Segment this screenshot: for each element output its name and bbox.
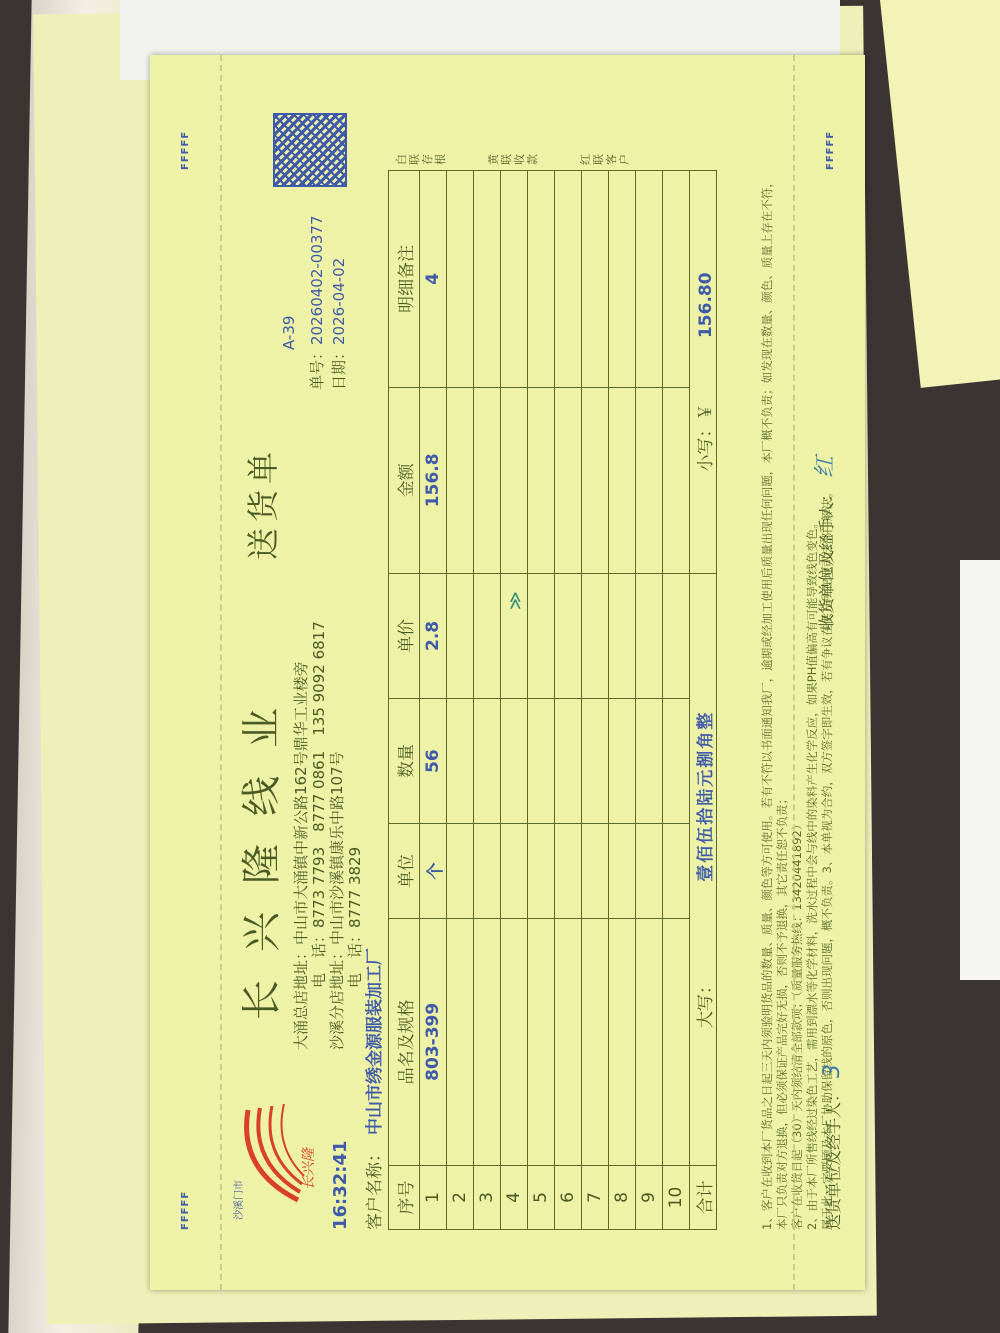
cell-note bbox=[663, 171, 690, 388]
table-row: 2 bbox=[447, 171, 474, 1230]
cell-amount bbox=[636, 387, 663, 573]
cell-unit bbox=[609, 824, 636, 919]
cell-amount bbox=[555, 387, 582, 573]
table-row: 4 bbox=[501, 171, 528, 1230]
header-name-spec: 品名及规格 bbox=[389, 918, 420, 1165]
customer-value: 中山市绣金源服装加工厂 bbox=[365, 948, 385, 1135]
small-value: 156.80 bbox=[696, 272, 716, 338]
cell-amount bbox=[474, 387, 501, 573]
cell-note bbox=[636, 171, 663, 388]
cell-note bbox=[501, 171, 528, 388]
cell-price bbox=[447, 573, 474, 698]
cell-name bbox=[501, 918, 528, 1165]
print-time: 16:32:41 bbox=[330, 1140, 351, 1230]
total-label: 合计 bbox=[690, 1165, 717, 1229]
margin-stamp: FFFFF bbox=[825, 131, 836, 170]
doc-no-label: 单号： bbox=[308, 345, 326, 390]
cell-qty: 56 bbox=[420, 699, 447, 824]
header-notes: 明细备注 bbox=[389, 171, 420, 388]
document-header: 沙溪门市 长兴隆 16:32:41 长兴隆线业 送货单 大涌总店地址：中山市大涌… bbox=[220, 95, 360, 1250]
cell-name bbox=[609, 918, 636, 1165]
logo-brand-text: 长兴隆 bbox=[298, 1148, 318, 1190]
cell-note bbox=[609, 171, 636, 388]
header-unit: 单位 bbox=[389, 824, 420, 919]
total-in-figures: 小写：￥ 156.80 bbox=[690, 171, 717, 574]
cell-amount bbox=[582, 387, 609, 573]
cell-no: 10 bbox=[663, 1165, 690, 1229]
cell-amount bbox=[501, 387, 528, 573]
cell-price bbox=[555, 573, 582, 698]
customer-field: 客户名称：中山市绣金源服装加工厂 bbox=[360, 948, 385, 1230]
cell-amount bbox=[609, 387, 636, 573]
words-label: 大写： bbox=[696, 977, 716, 1028]
cell-note bbox=[555, 171, 582, 388]
cell-price: 2.8 bbox=[420, 573, 447, 698]
cell-amount bbox=[663, 387, 690, 573]
adjacent-paper-edge bbox=[960, 560, 1000, 980]
cell-note bbox=[582, 171, 609, 388]
cell-name bbox=[474, 918, 501, 1165]
header-quantity: 数量 bbox=[389, 699, 420, 824]
customer-label: 客户名称： bbox=[365, 1145, 385, 1230]
document-title: 送货单 bbox=[238, 446, 284, 560]
perforated-strip-top: FFFFF FFFFF bbox=[150, 55, 222, 1290]
cell-price bbox=[474, 573, 501, 698]
cell-name bbox=[447, 918, 474, 1165]
cell-no: 2 bbox=[447, 1165, 474, 1229]
cell-qty bbox=[555, 699, 582, 824]
margin-stamp: FFFFF bbox=[180, 131, 191, 170]
cell-qty bbox=[582, 699, 609, 824]
cell-no: 6 bbox=[555, 1165, 582, 1229]
cell-unit bbox=[528, 824, 555, 919]
document-number: 单号：20260402-00377 bbox=[306, 216, 327, 391]
copy-label-white: 白联存根 bbox=[395, 149, 447, 165]
cell-price bbox=[582, 573, 609, 698]
cell-name bbox=[636, 918, 663, 1165]
wave-logo-icon: 沙溪门市 长兴隆 bbox=[230, 1110, 320, 1230]
header-amount: 金额 bbox=[389, 387, 420, 573]
cell-name bbox=[555, 918, 582, 1165]
cell-unit bbox=[582, 824, 609, 919]
delivery-note-content: FFFFF FFFFF 沙溪门市 长兴隆 16:32:41 长兴隆线业 送货单 … bbox=[150, 55, 865, 1290]
cell-note bbox=[528, 171, 555, 388]
cell-price bbox=[636, 573, 663, 698]
cell-no: 3 bbox=[474, 1165, 501, 1229]
cell-price bbox=[663, 573, 690, 698]
date-label: 日期： bbox=[330, 345, 348, 390]
cell-price bbox=[528, 573, 555, 698]
total-in-words: 大写： 壹佰伍拾陆元捌角整 bbox=[690, 573, 717, 1165]
company-name: 长兴隆线业 bbox=[230, 680, 287, 1020]
table-row: 7 bbox=[582, 171, 609, 1230]
cell-no: 7 bbox=[582, 1165, 609, 1229]
cell-qty bbox=[528, 699, 555, 824]
table-header-row: 序号 品名及规格 单位 数量 单价 金额 明细备注 bbox=[389, 171, 420, 1230]
term-line: 1、客户在收到本厂货品之日起三天内须验明货品的数量、质量、颜色等方可使用。若有不… bbox=[760, 170, 790, 1230]
cell-no: 4 bbox=[501, 1165, 528, 1229]
cell-price bbox=[609, 573, 636, 698]
perforated-strip-bottom: FFFFF bbox=[793, 55, 865, 1290]
cell-amount bbox=[528, 387, 555, 573]
cell-no: 5 bbox=[528, 1165, 555, 1229]
header-unit-price: 单价 bbox=[389, 573, 420, 698]
cell-note bbox=[447, 171, 474, 388]
cell-unit bbox=[474, 824, 501, 919]
date-value: 2026-04-02 bbox=[330, 258, 348, 345]
table-row: 9 bbox=[636, 171, 663, 1230]
cell-name: 803-399 bbox=[420, 918, 447, 1165]
cell-qty bbox=[501, 699, 528, 824]
table-row: 5 bbox=[528, 171, 555, 1230]
header-no: 序号 bbox=[389, 1165, 420, 1229]
cell-no: 1 bbox=[420, 1165, 447, 1229]
cell-unit: 个 bbox=[420, 824, 447, 919]
pen-mark-icon: ≫ bbox=[505, 591, 526, 610]
document-date: 日期：2026-04-02 bbox=[328, 258, 349, 390]
cell-unit bbox=[555, 824, 582, 919]
cell-name bbox=[528, 918, 555, 1165]
margin-stamp: FFFFF bbox=[180, 1191, 191, 1230]
cell-qty bbox=[636, 699, 663, 824]
cell-unit bbox=[447, 824, 474, 919]
cell-no: 8 bbox=[609, 1165, 636, 1229]
table-row: 3 bbox=[474, 171, 501, 1230]
cell-note: 4 bbox=[420, 171, 447, 388]
serial-number: A-39 bbox=[280, 316, 298, 350]
copy-labels: 白联存根 黄联收款 红联客户 bbox=[395, 149, 671, 165]
qr-code-icon bbox=[275, 115, 345, 185]
cell-no: 9 bbox=[636, 1165, 663, 1229]
copy-label-red: 红联客户 bbox=[579, 149, 631, 165]
cell-amount: 156.8 bbox=[420, 387, 447, 573]
delivery-note-sheet: FFFFF FFFFF 沙溪门市 长兴隆 16:32:41 长兴隆线业 送货单 … bbox=[150, 55, 865, 1290]
cell-unit bbox=[636, 824, 663, 919]
cell-qty bbox=[447, 699, 474, 824]
cell-name bbox=[582, 918, 609, 1165]
small-label: 小写：￥ bbox=[696, 403, 716, 471]
adjacent-delivery-slip bbox=[880, 0, 1000, 388]
cell-name bbox=[663, 918, 690, 1165]
doc-no-value: 20260402-00377 bbox=[308, 216, 326, 345]
cell-qty bbox=[663, 699, 690, 824]
copy-label-yellow: 黄联收款 bbox=[487, 149, 539, 165]
cell-qty bbox=[609, 699, 636, 824]
cell-unit bbox=[501, 824, 528, 919]
cell-qty bbox=[474, 699, 501, 824]
table-row: 10 bbox=[663, 171, 690, 1230]
words-value: 壹佰伍拾陆元捌角整 bbox=[696, 711, 716, 882]
table-row: 1 803-399 个 56 2.8 156.8 4 bbox=[420, 171, 447, 1230]
table-row: 6 bbox=[555, 171, 582, 1230]
items-table: 序号 品名及规格 单位 数量 单价 金额 明细备注 1 803-399 个 56… bbox=[388, 170, 717, 1230]
table-row: 8 bbox=[609, 171, 636, 1230]
cell-note bbox=[474, 171, 501, 388]
cell-unit bbox=[663, 824, 690, 919]
total-row: 合计 大写： 壹佰伍拾陆元捌角整 小写：￥ 156.80 bbox=[690, 171, 717, 1230]
cell-amount bbox=[447, 387, 474, 573]
